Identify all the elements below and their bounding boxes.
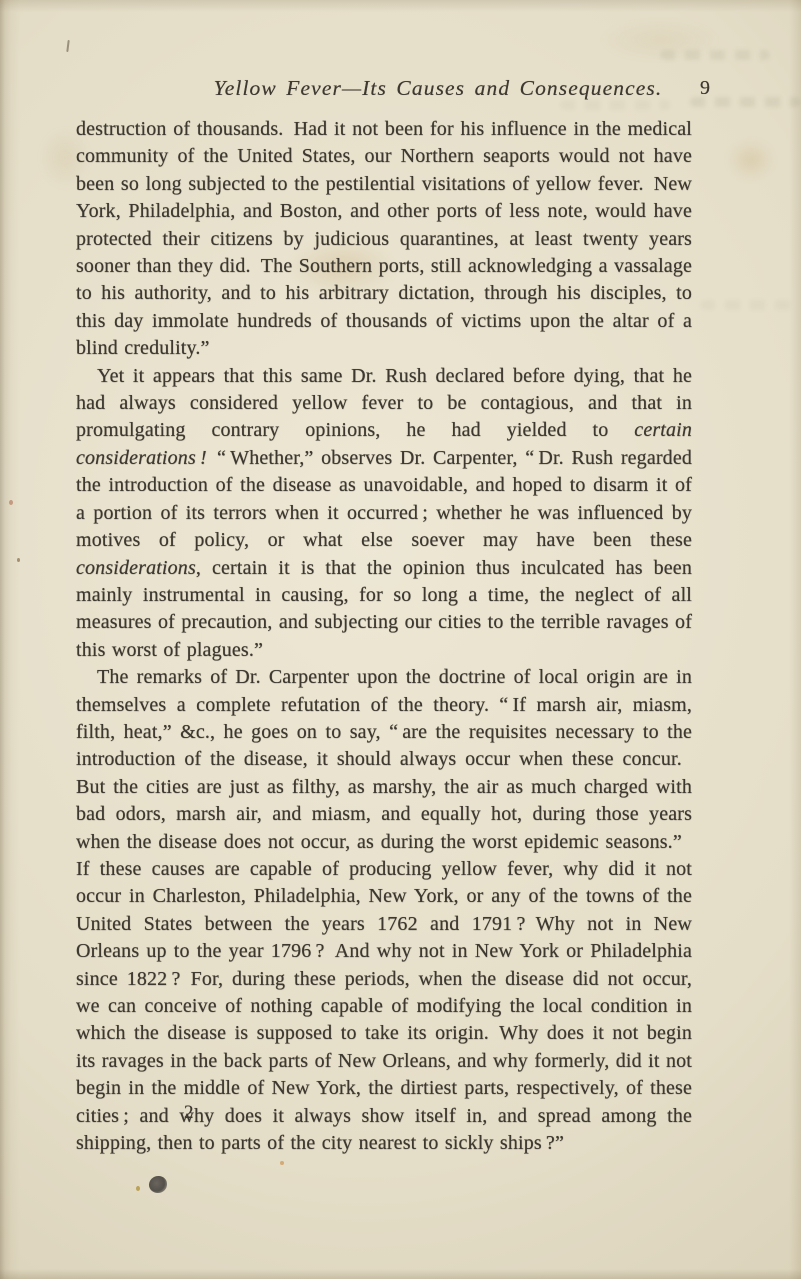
page-body: destruction of thousands. Had it not bee… [76, 116, 692, 1157]
page-edge-shadow-right [789, 0, 801, 1279]
italic-text-segment: considerations [76, 557, 196, 579]
paper-speck [9, 500, 13, 505]
paragraph: Yet it appears that this same Dr. Rush d… [76, 363, 692, 664]
pen-mark [66, 40, 69, 52]
paper-speck [136, 1186, 140, 1191]
book-page-scan: Yellow Fever—Its Causes and Consequences… [0, 0, 801, 1279]
page-number: 9 [700, 77, 711, 100]
paragraph: The remarks of Dr. Carpenter upon the do… [76, 664, 692, 1157]
text-segment: destruction of thousands. Had it not bee… [76, 118, 692, 359]
ink-bleedthrough [700, 300, 795, 310]
page-gutter-shadow [0, 0, 20, 1279]
ink-bleedthrough [660, 50, 770, 60]
running-title: Yellow Fever—Its Causes and Consequences… [214, 76, 663, 101]
paragraph: destruction of thousands. Had it not bee… [76, 116, 692, 363]
paper-stain [728, 140, 774, 180]
paper-speck [17, 558, 20, 562]
running-head: Yellow Fever—Its Causes and Consequences… [0, 76, 801, 106]
page-edge-shadow-bottom [0, 1269, 801, 1279]
paper-speck [280, 1161, 284, 1165]
ink-blot [149, 1176, 167, 1193]
text-segment: The remarks of Dr. Carpenter upon the do… [76, 666, 692, 1154]
page-edge-shadow-top [0, 0, 801, 12]
text-segment: Yet it appears that this same Dr. Rush d… [76, 365, 692, 442]
signature-mark: 2 [184, 1102, 194, 1124]
